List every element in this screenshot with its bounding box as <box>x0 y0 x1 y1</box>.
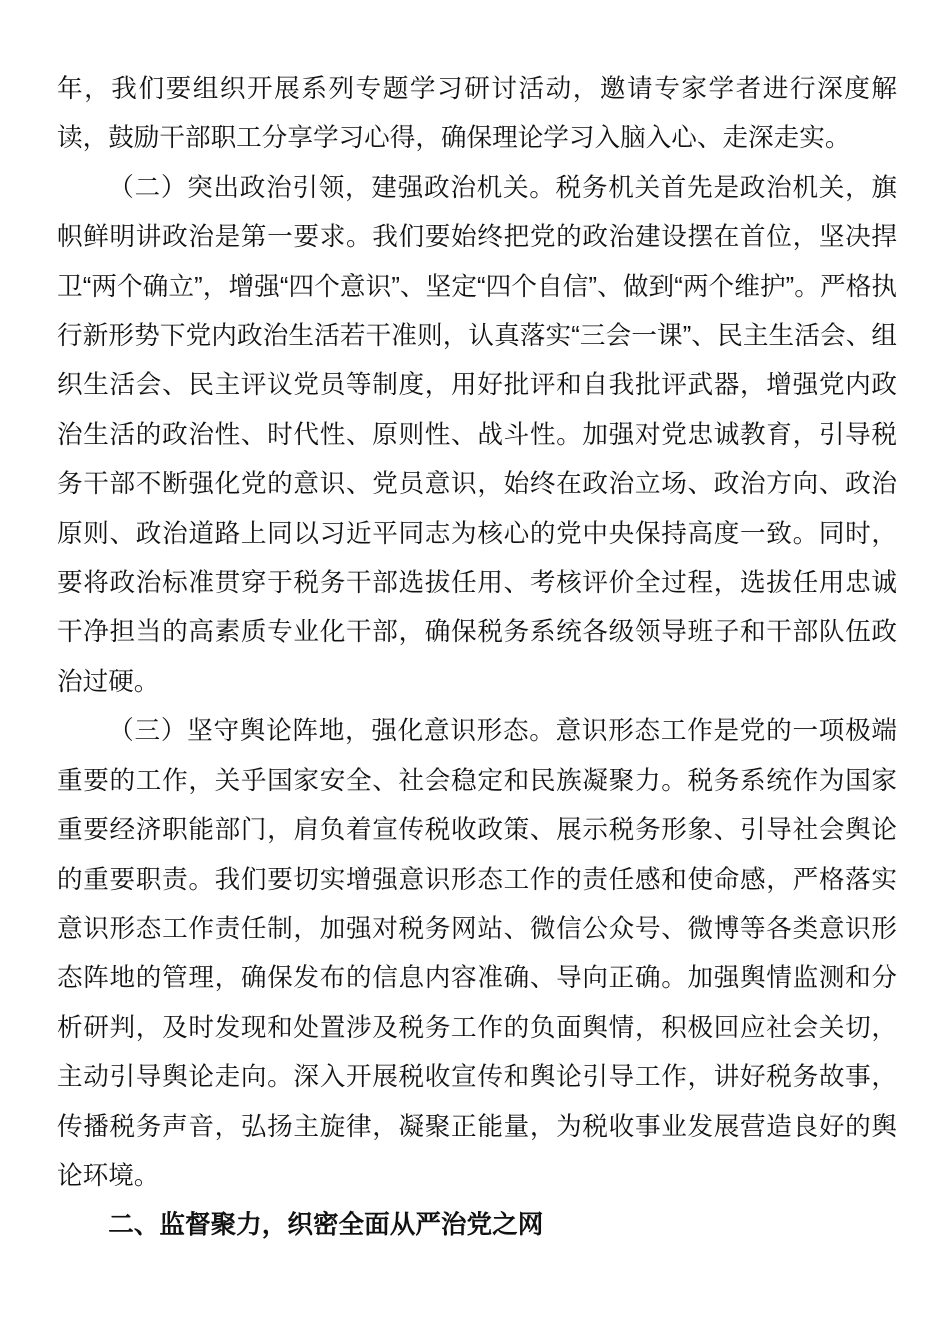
document-body: 年，我们要组织开展系列专题学习研讨活动，邀请专家学者进行深度解读，鼓励干部职工分… <box>57 65 897 1251</box>
paragraph-section-2: （二）突出政治引领，建强政治机关。税务机关首先是政治机关，旗帜鲜明讲政治是第一要… <box>57 164 897 707</box>
paragraph-continuation: 年，我们要组织开展系列专题学习研讨活动，邀请专家学者进行深度解读，鼓励干部职工分… <box>57 65 897 164</box>
paragraph-section-3: （三）坚守舆论阵地，强化意识形态。意识形态工作是党的一项极端重要的工作，关乎国家… <box>57 707 897 1201</box>
document-page: 年，我们要组织开展系列专题学习研讨活动，邀请专家学者进行深度解读，鼓励干部职工分… <box>0 0 950 1344</box>
section-heading: 二、监督聚力，织密全面从严治党之网 <box>57 1201 897 1250</box>
